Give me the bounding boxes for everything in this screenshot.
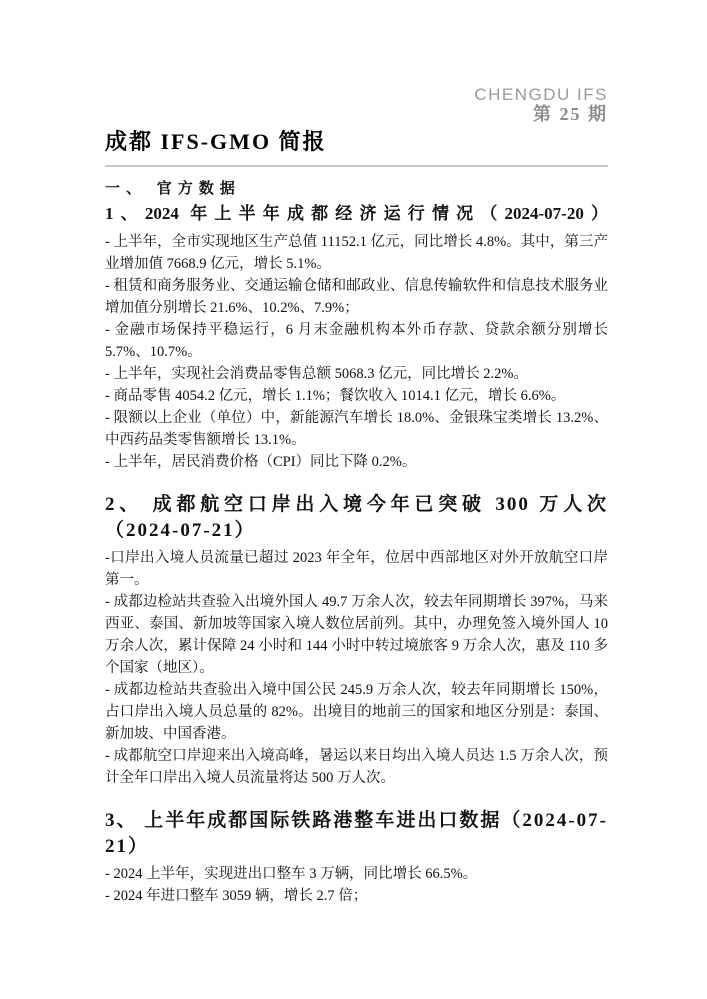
- item-3-bullet: - 2024 上半年，实现进出口整车 3 万辆，同比增长 66.5%。: [105, 863, 608, 885]
- issue-number: 第 25 期: [105, 104, 608, 125]
- item-1-bullet: - 限额以上企业（单位）中，新能源汽车增长 18.0%、金银珠宝类增长 13.2…: [105, 407, 608, 451]
- brand-wordmark: CHENGDU IFS: [105, 86, 608, 104]
- item-2-bullet: - 成都边检站共查验入出境外国人 49.7 万余人次，较去年同期增长 397%，…: [105, 591, 608, 679]
- item-2-heading: 2、 成都航空口岸出入境今年已突破 300 万人次（2024-07-21）: [105, 492, 608, 544]
- item-1-bullet: - 上半年，实现社会消费品零售总额 5068.3 亿元，同比增长 2.2%。: [105, 363, 608, 385]
- section-heading-official-data: 一、 官方数据: [105, 180, 608, 199]
- newsletter-body: 一、 官方数据 1、2024 年上半年成都经济运行情况（2024-07-20） …: [105, 180, 608, 907]
- item-1-bullet: - 金融市场保持平稳运行，6 月末金融机构本外币存款、贷款余额分别增长 5.7%…: [105, 319, 608, 363]
- document-title: 成都 IFS-GMO 简报: [105, 128, 608, 156]
- item-3-bullet: - 2024 年进口整车 3059 辆，增长 2.7 倍；: [105, 885, 608, 907]
- page-header: CHENGDU IFS 第 25 期 成都 IFS-GMO 简报: [105, 86, 608, 167]
- item-1-heading: 1、2024 年上半年成都经济运行情况（2024-07-20）: [105, 202, 608, 226]
- item-3-heading: 3、 上半年成都国际铁路港整车进出口数据（2024-07-21）: [105, 808, 608, 860]
- item-1-bullet: - 商品零售 4054.2 亿元，增长 1.1%；餐饮收入 1014.1 亿元，…: [105, 385, 608, 407]
- item-1-bullet: - 上半年，全市实现地区生产总值 11152.1 亿元，同比增长 4.8%。其中…: [105, 231, 608, 275]
- item-2-bullet: - 成都航空口岸迎来出入境高峰，暑运以来日均出入境人员达 1.5 万余人次，预计…: [105, 745, 608, 789]
- header-divider: [105, 165, 608, 167]
- item-1-bullet: - 上半年，居民消费价格（CPI）同比下降 0.2%。: [105, 451, 608, 473]
- item-2-bullet: - 成都边检站共查验出入境中国公民 245.9 万余人次，较去年同期增长 150…: [105, 679, 608, 745]
- item-1-bullet: - 租赁和商务服务业、交通运输仓储和邮政业、信息传输软件和信息技术服务业增加值分…: [105, 275, 608, 319]
- item-2-bullet: -口岸出入境人员流量已超过 2023 年全年，位居中西部地区对外开放航空口岸第一…: [105, 547, 608, 591]
- newsletter-page: CHENGDU IFS 第 25 期 成都 IFS-GMO 简报 一、 官方数据…: [0, 0, 707, 999]
